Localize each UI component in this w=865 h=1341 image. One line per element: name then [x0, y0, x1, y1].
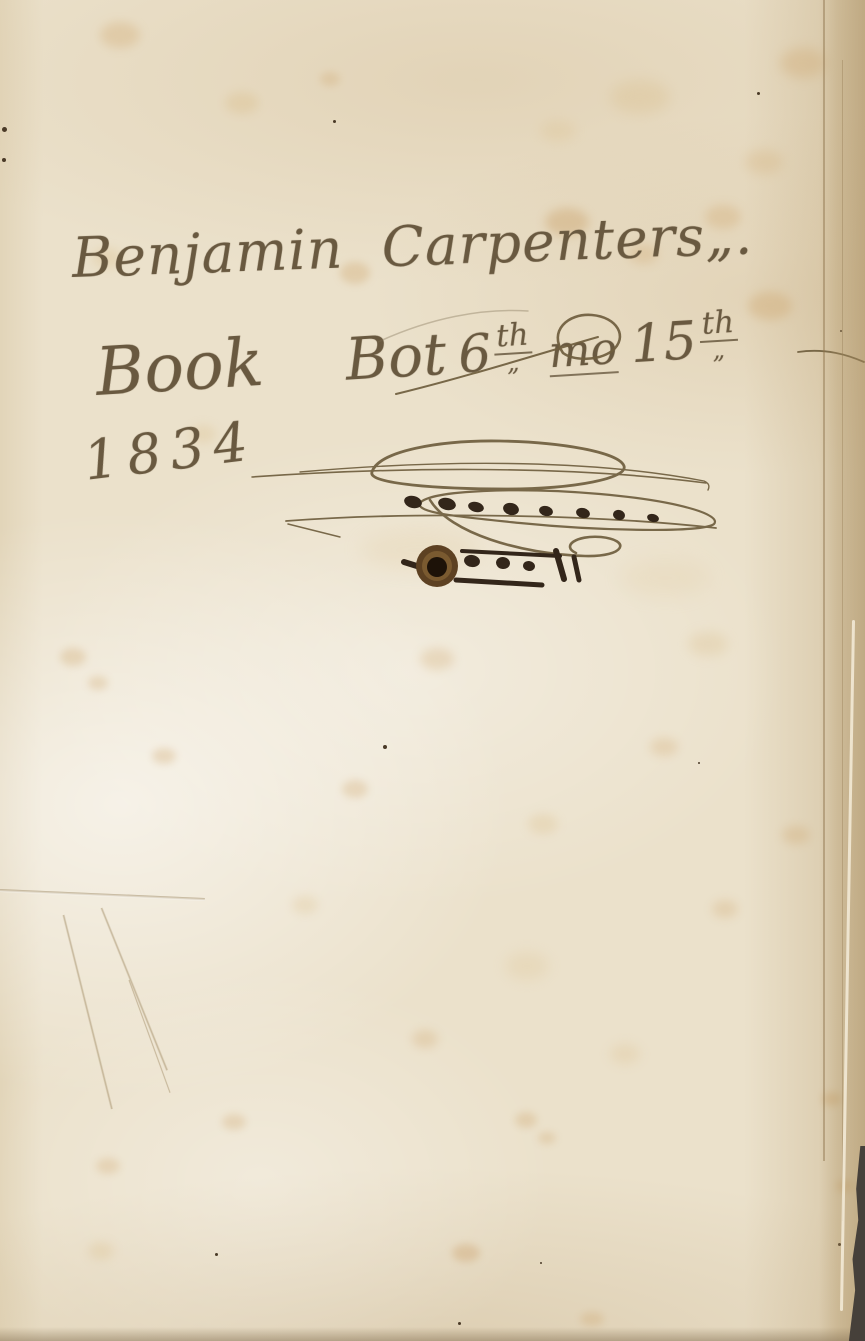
foxing-stain: [152, 748, 176, 764]
foxing-stain: [225, 92, 259, 114]
ink-blot: [416, 545, 458, 587]
ink-speck: [2, 127, 7, 132]
ditto-mark: „: [506, 356, 521, 370]
foxing-stain: [96, 1158, 120, 1174]
foxing-stain: [505, 952, 549, 980]
foxing-stain: [88, 676, 108, 690]
foxing-stain: [745, 150, 783, 174]
foxing-stain: [515, 1112, 537, 1128]
inscription-month-number: 6: [456, 324, 493, 386]
ink-dots: [403, 494, 660, 572]
foxing-stain: [538, 1132, 556, 1144]
inscription-owner-name: Benjamin Carpenters„.: [71, 202, 754, 290]
foxing-stain: [88, 1242, 114, 1260]
inscription-year: 1834: [80, 409, 260, 493]
foxing-stain: [688, 632, 728, 656]
ink-speck: [2, 158, 6, 162]
inscription-date-line: Book Bot 6 th „ mo 15 th „: [93, 295, 740, 419]
foxing-stain: [320, 72, 340, 86]
foxing-stain: [360, 530, 480, 570]
inscription-superscript-th: th „: [698, 307, 739, 358]
foxing-stain: [222, 1114, 246, 1130]
paper-surface: Benjamin Carpenters„. Book Bot 6 th „ mo…: [0, 0, 865, 1341]
page-edge-crease: [823, 0, 825, 1161]
page-bottom-edge-shadow: [0, 1327, 865, 1341]
foxing-stain: [580, 1312, 604, 1326]
ink-speck: [383, 745, 387, 749]
inscription-word-mo: mo: [547, 327, 618, 377]
ink-speck: [333, 120, 336, 123]
foxing-stain: [528, 814, 558, 834]
ink-speck: [540, 1262, 542, 1264]
inscription-superscript-th: th „: [492, 319, 533, 370]
scanned-book-page: Benjamin Carpenters„. Book Bot 6 th „ mo…: [0, 0, 865, 1341]
ink-speck: [215, 1253, 218, 1256]
paper-crease-diagonal: [128, 980, 171, 1093]
ink-speck: [698, 762, 700, 764]
foxing-stain: [412, 1030, 438, 1048]
foxing-stain: [620, 560, 710, 596]
ink-scribble-flourish: [0, 0, 865, 1341]
foxing-stain: [748, 292, 792, 320]
foxing-stain: [420, 648, 454, 670]
foxing-stain: [342, 780, 368, 798]
foxing-stain: [452, 1244, 480, 1262]
foxing-stain: [540, 120, 576, 142]
ditto-mark: „: [712, 343, 727, 357]
ink-speck: [757, 92, 760, 95]
foxing-stain: [610, 80, 670, 114]
heavy-ink-strokes: [404, 551, 579, 585]
inscription-word-bot: Bot: [343, 320, 448, 394]
foxing-stain: [610, 1044, 640, 1064]
paper-crease-diagonal: [100, 907, 168, 1070]
inscription-day-number: 15: [629, 311, 699, 375]
ink-speck: [458, 1322, 461, 1325]
foxing-stain: [292, 896, 318, 914]
inscription-word-book: Book: [93, 324, 265, 411]
page-edge-crease: [842, 60, 843, 1221]
foxing-stain: [60, 648, 86, 666]
foxing-stain: [650, 738, 678, 756]
paper-crease-diagonal: [62, 915, 113, 1110]
foxing-stain: [712, 900, 738, 918]
foxing-stain: [100, 22, 140, 48]
paper-crease-horizontal: [0, 889, 205, 901]
foxing-stain: [782, 826, 810, 844]
